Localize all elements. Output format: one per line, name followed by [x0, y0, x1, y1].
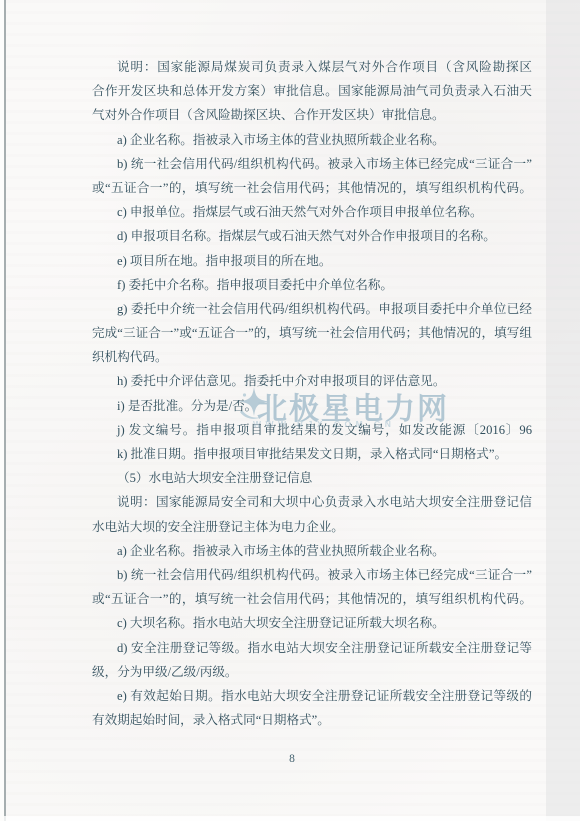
text-line: （5）水电站大坝安全注册登记信息: [92, 466, 532, 490]
text-line: j) 发文编号。指申报项目审批结果的发文编号，如发改能源〔2016〕96 号。: [92, 418, 532, 442]
text-line: 水电站大坝的安全注册登记主体为电力企业。: [92, 515, 532, 539]
document-body: 说明：国家能源局煤炭司负责录入煤层气对外合作项目（含风险勘探区块、合作开发区块和…: [92, 55, 532, 732]
text-line: 织机构代码。: [92, 345, 532, 369]
text-line: 合作开发区块和总体开发方案）审批信息。国家能源局油气司负责录入石油天然: [92, 79, 532, 103]
text-line: h) 委托中介评估意见。指委托中介对申报项目的评估意见。: [92, 369, 532, 393]
text-line: b) 统一社会信用代码/组织机构代码。被录入市场主体已经完成“三证合一”: [92, 152, 532, 176]
scanned-document: 北极星电力网 WWW.BJX.COM.CN 说明：国家能源局煤炭司负责录入煤层气…: [0, 0, 580, 821]
text-line: 有效期起始时间，录入格式同“日期格式”。: [92, 708, 532, 732]
text-line: 气对外合作项目（含风险勘探区块、合作开发区块）审批信息。: [92, 103, 532, 127]
text-line: 说明：国家能源局安全司和大坝中心负责录入水电站大坝安全注册登记信息。: [92, 490, 532, 514]
scan-bottom-shade: [4, 816, 580, 821]
text-line: 说明：国家能源局煤炭司负责录入煤层气对外合作项目（含风险勘探区块、: [92, 55, 532, 79]
scan-right-shade: [546, 0, 580, 821]
text-line: b) 统一社会信用代码/组织机构代码。被录入市场主体已经完成“三证合一”: [92, 563, 532, 587]
text-line: k) 批准日期。指申报项目审批结果发文日期，录入格式同“日期格式”。: [92, 442, 532, 466]
text-line: 或“五证合一”的，填写统一社会信用代码；其他情况的，填写组织机构代码。: [92, 587, 532, 611]
text-line: c) 申报单位。指煤层气或石油天然气对外合作项目申报单位名称。: [92, 200, 532, 224]
text-line: 完成“三证合一”或“五证合一”的，填写统一社会信用代码；其他情况的，填写组: [92, 321, 532, 345]
text-line: d) 申报项目名称。指煤层气或石油天然气对外合作申报项目的名称。: [92, 224, 532, 248]
text-line: e) 有效起始日期。指水电站大坝安全注册登记证所载安全注册登记等级的: [92, 684, 532, 708]
text-line: i) 是否批准。分为是/否。: [92, 394, 532, 418]
text-line: g) 委托中介统一社会信用代码/组织机构代码。申报项目委托中介单位已经: [92, 297, 532, 321]
text-line: d) 安全注册登记等级。指水电站大坝安全注册登记证所载安全注册登记等: [92, 636, 532, 660]
text-line: c) 大坝名称。指水电站大坝安全注册登记证所载大坝名称。: [92, 611, 532, 635]
text-line: a) 企业名称。指被录入市场主体的营业执照所载企业名称。: [92, 539, 532, 563]
text-line: a) 企业名称。指被录入市场主体的营业执照所载企业名称。: [92, 128, 532, 152]
text-line: f) 委托中介名称。指申报项目委托中介单位名称。: [92, 273, 532, 297]
text-line: 或“五证合一”的，填写统一社会信用代码；其他情况的，填写组织机构代码。: [92, 176, 532, 200]
page-number: 8: [4, 753, 580, 765]
text-line: 级，分为甲级/乙级/丙级。: [92, 660, 532, 684]
text-line: e) 项目所在地。指申报项目的所在地。: [92, 249, 532, 273]
